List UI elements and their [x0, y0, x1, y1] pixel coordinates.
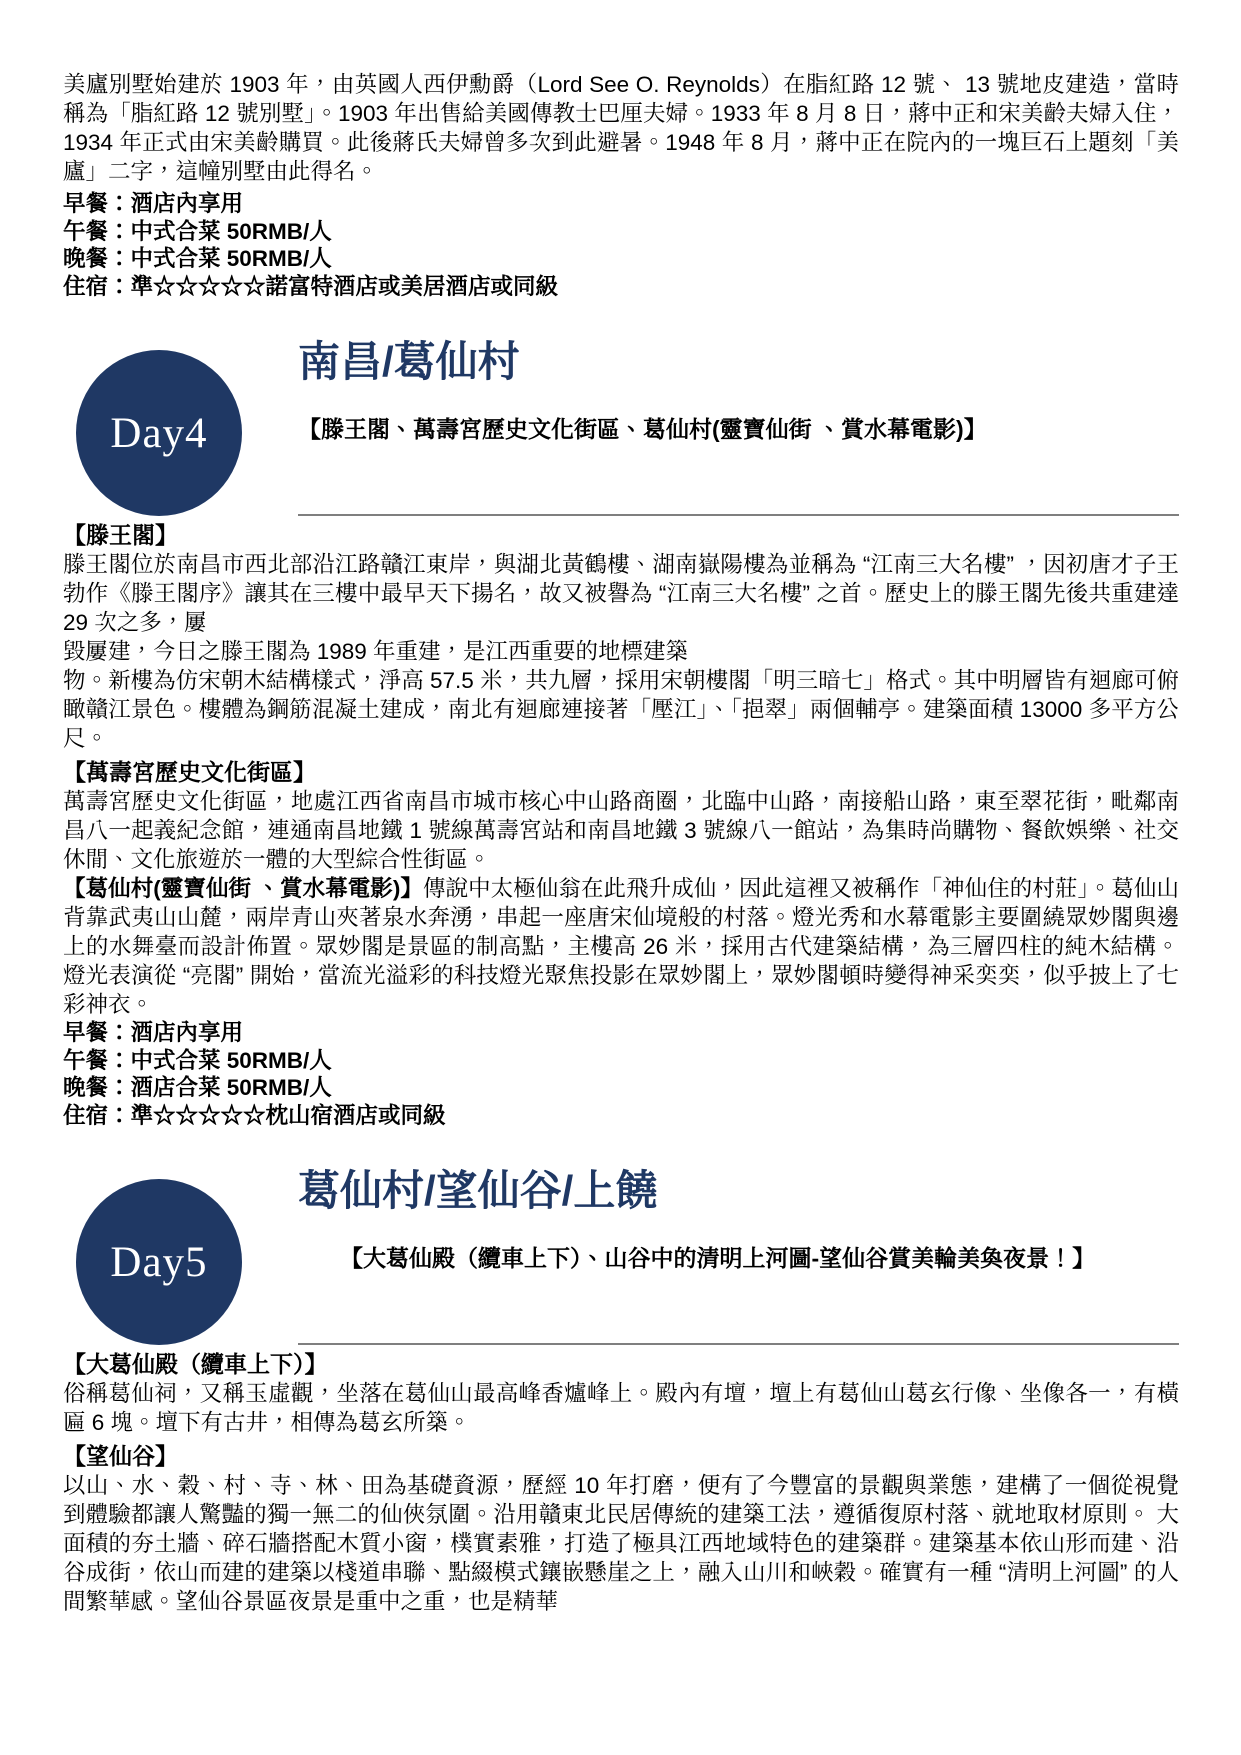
day4-header-right: 南昌/葛仙村 【滕王閣、萬壽宮歷史文化街區、葛仙村(靈寶仙街 、賞水幕電影)】 [298, 334, 1179, 516]
day4-badge: Day4 [76, 350, 242, 516]
day4-title: 南昌/葛仙村 [298, 336, 1179, 389]
day4-lunch-line: 午餐：中式合菜 50RMB/人 [63, 1047, 1179, 1075]
day4-breakfast-line: 早餐：酒店內享用 [63, 1019, 1179, 1047]
day5-title: 葛仙村/望仙谷/上饒 [298, 1165, 1179, 1218]
wanshou-palace-body: 萬壽宮歷史文化街區，地處江西省南昌市城市核心中山路商圈，北臨中山路，南接船山路，… [63, 787, 1179, 874]
day5-badge: Day5 [76, 1179, 242, 1345]
day4-divider-rule [298, 514, 1179, 516]
gexiancun-paragraph: 【葛仙村(靈寶仙街 、賞水幕電影)】傳說中太極仙翁在此飛升成仙，因此這裡又被稱作… [63, 874, 1179, 1019]
dagexian-hall-heading: 【大葛仙殿（纜車上下）】 [63, 1349, 1179, 1379]
day3-lunch-line: 午餐：中式合菜 50RMB/人 [63, 218, 1179, 246]
day4-dinner-line: 晚餐：酒店合菜 50RMB/人 [63, 1074, 1179, 1102]
day3-meal-block: 早餐：酒店內享用 午餐：中式合菜 50RMB/人 晚餐：中式合菜 50RMB/人… [63, 190, 1179, 300]
day3-hotel-line: 住宿：準☆☆☆☆☆諾富特酒店或美居酒店或同級 [63, 273, 1179, 301]
day4-content: 【滕王閣】 滕王閣位於南昌市西北部沿江路贛江東岸，與湖北黃鶴樓、湖南嶽陽樓為並稱… [63, 520, 1179, 1129]
intro-paragraph: 美廬別墅始建於 1903 年，由英國人西伊勳爵（Lord See O. Reyn… [63, 70, 1179, 186]
day4-subtitle: 【滕王閣、萬壽宮歷史文化街區、葛仙村(靈寶仙街 、賞水幕電影)】 [298, 411, 1179, 444]
gexiancun-inline-heading: 【葛仙村(靈寶仙街 、賞水幕電影)】 [63, 876, 423, 901]
document-page: 美廬別墅始建於 1903 年，由英國人西伊勳爵（Lord See O. Reyn… [0, 0, 1241, 1616]
day3-dinner-line: 晚餐：中式合菜 50RMB/人 [63, 245, 1179, 273]
day4-hotel-line: 住宿：準☆☆☆☆☆枕山宿酒店或同級 [63, 1102, 1179, 1130]
wangxian-valley-body: 以山、水、穀、村、寺、林、田為基礎資源，歷經 10 年打磨，便有了今豐富的景觀與… [63, 1471, 1179, 1616]
wangxian-valley-heading: 【望仙谷】 [63, 1441, 1179, 1471]
day5-subtitle: 【大葛仙殿（纜車上下）、山谷中的清明上河圖-望仙谷賞美輪美奐夜景！】 [298, 1240, 1179, 1273]
day4-badge-label: Day4 [110, 409, 207, 458]
tengwang-pavilion-body: 滕王閣位於南昌市西北部沿江路贛江東岸，與湖北黃鶴樓、湖南嶽陽樓為並稱為 “江南三… [63, 550, 1179, 753]
day5-header-right: 葛仙村/望仙谷/上饒 【大葛仙殿（纜車上下）、山谷中的清明上河圖-望仙谷賞美輪美… [298, 1163, 1179, 1345]
dagexian-hall-body: 俗稱葛仙祠，又稱玉虛觀，坐落在葛仙山最高峰香爐峰上。殿內有壇，壇上有葛仙山葛玄行… [63, 1379, 1179, 1437]
day3-breakfast-line: 早餐：酒店內享用 [63, 190, 1179, 218]
day5-header: Day5 葛仙村/望仙谷/上饒 【大葛仙殿（纜車上下）、山谷中的清明上河圖-望仙… [63, 1163, 1179, 1345]
day4-header: Day4 南昌/葛仙村 【滕王閣、萬壽宮歷史文化街區、葛仙村(靈寶仙街 、賞水幕… [63, 334, 1179, 516]
day5-badge-label: Day5 [110, 1238, 207, 1287]
wanshou-palace-heading: 【萬壽宮歷史文化街區】 [63, 757, 1179, 787]
day5-divider-rule [298, 1343, 1179, 1345]
day5-content: 【大葛仙殿（纜車上下）】 俗稱葛仙祠，又稱玉虛觀，坐落在葛仙山最高峰香爐峰上。殿… [63, 1349, 1179, 1616]
day4-meal-block: 早餐：酒店內享用 午餐：中式合菜 50RMB/人 晚餐：酒店合菜 50RMB/人… [63, 1019, 1179, 1129]
tengwang-pavilion-heading: 【滕王閣】 [63, 520, 1179, 550]
